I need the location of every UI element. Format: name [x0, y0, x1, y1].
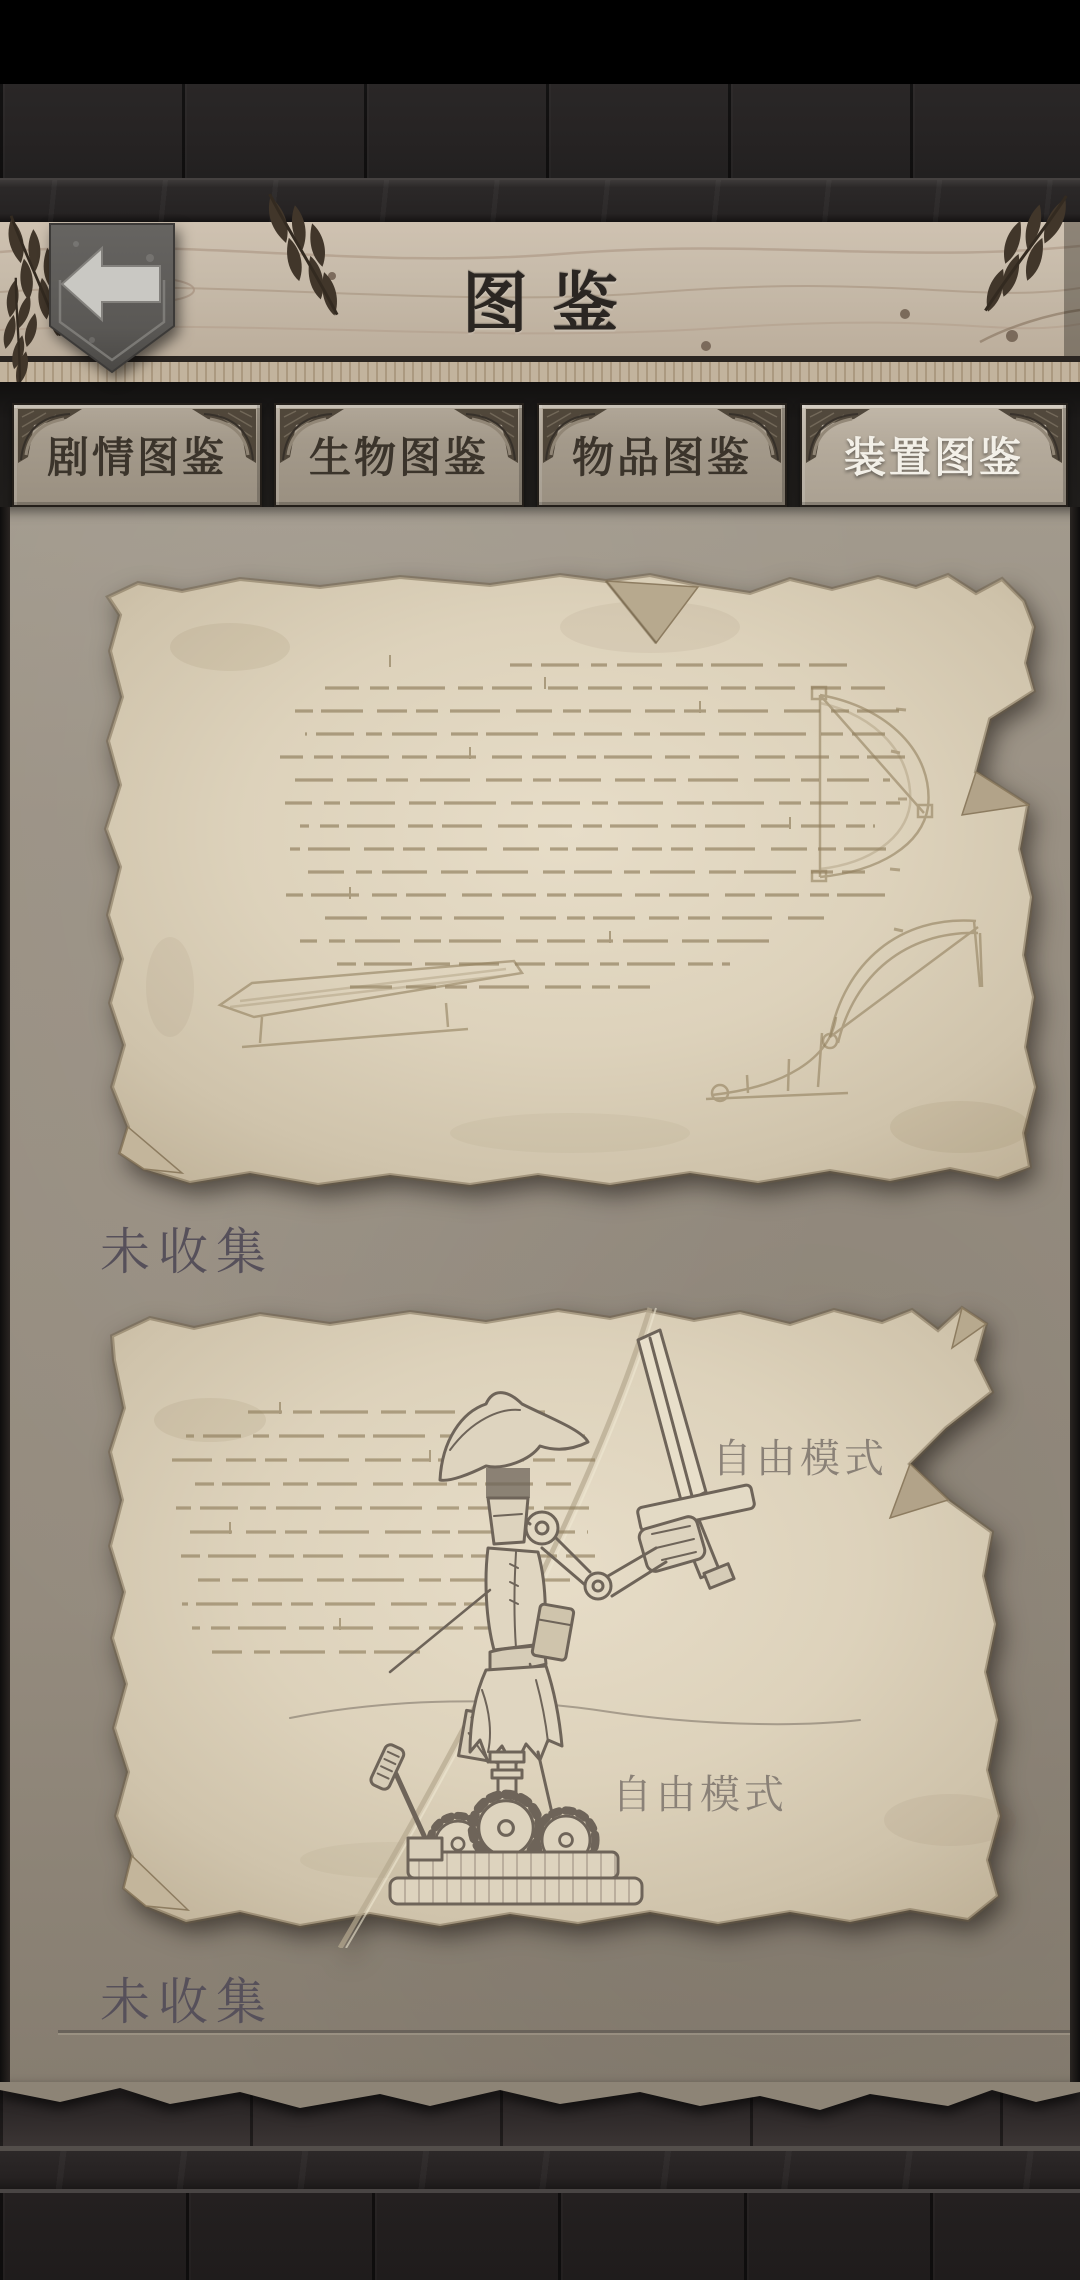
training-dummy-parchment: 自由模式 自由模式 [90, 1300, 1048, 1948]
tab-device-codex[interactable]: 装置图鉴 [800, 403, 1068, 507]
corner-ornament-icon [280, 409, 344, 463]
wood-beam-bottom [0, 2151, 1080, 2189]
side-wall [0, 507, 10, 2082]
codex-screen: 图鉴 剧情图鉴 生物图鉴 物品图鉴 装置图鉴 [0, 0, 1080, 2280]
annotation-free-mode: 自由模式 [712, 1437, 888, 1481]
corner-ornament-icon [18, 409, 82, 463]
panel-torn-edge [0, 2082, 1080, 2128]
corner-ornament-icon [543, 409, 607, 463]
status-bar [0, 0, 1080, 84]
side-wall [1070, 507, 1080, 2082]
back-button[interactable] [46, 222, 178, 378]
corner-ornament-icon [717, 409, 781, 463]
wood-wall-top [0, 84, 1080, 178]
tab-label: 装置图鉴 [844, 425, 1024, 485]
wood-planks-bottom [0, 2193, 1080, 2280]
collect-status: 未收集 [100, 1962, 274, 2034]
tab-item-codex[interactable]: 物品图鉴 [537, 403, 787, 507]
corner-ornament-icon [192, 409, 256, 463]
corner-ornament-icon [998, 409, 1062, 463]
corner-ornament-icon [454, 409, 518, 463]
blueprint-parchment [90, 567, 1048, 1203]
tab-creature-codex[interactable]: 生物图鉴 [274, 403, 524, 507]
wood-beam-top [0, 178, 1080, 222]
corner-ornament-icon [806, 409, 870, 463]
annotation-free-mode: 自由模式 [612, 1773, 788, 1817]
tab-story-codex[interactable]: 剧情图鉴 [12, 403, 262, 507]
codex-card-blueprint[interactable] [90, 567, 1048, 1203]
list-divider [58, 2030, 1080, 2033]
codex-card-training-dummy[interactable]: 自由模式 自由模式 [90, 1300, 1048, 1948]
tab-bar: 剧情图鉴 生物图鉴 物品图鉴 装置图鉴 [0, 382, 1080, 507]
collect-status: 未收集 [100, 1212, 274, 1284]
